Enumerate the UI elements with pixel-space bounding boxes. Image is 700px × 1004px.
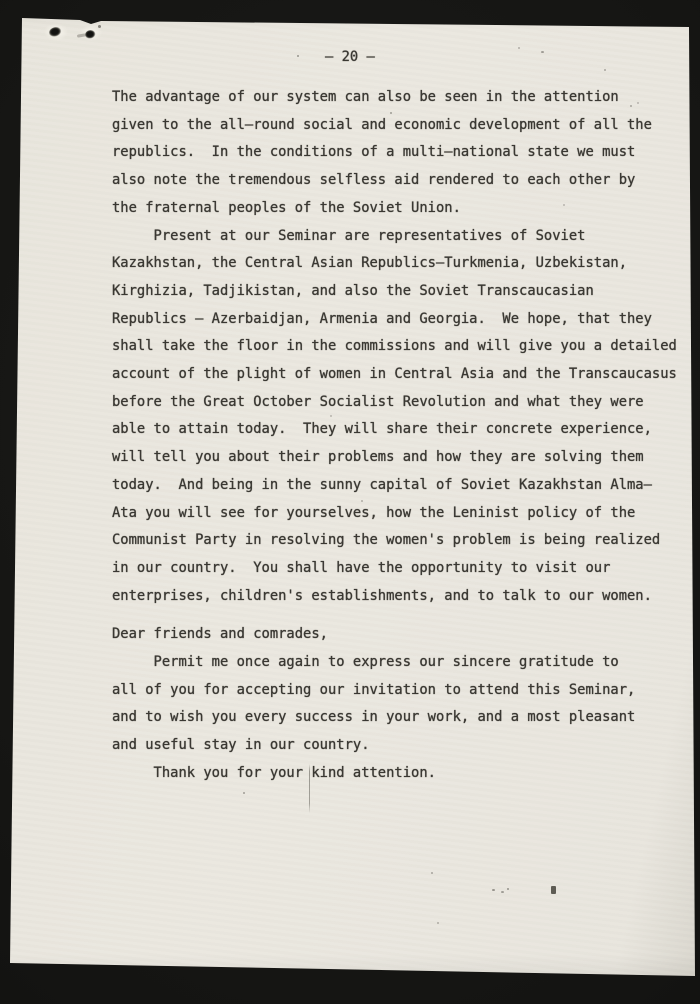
text-line: The advantage of our system can also be … <box>112 84 677 112</box>
text-line: all of you for accepting our invitation … <box>112 677 677 705</box>
ink-speck <box>501 891 504 893</box>
text-line: shall take the floor in the commissions … <box>112 333 677 361</box>
ink-speck <box>330 415 332 417</box>
paragraph-representatives: Present at our Seminar are representativ… <box>112 223 677 611</box>
ink-speck <box>637 102 639 104</box>
text-line: also note the tremendous selfless aid re… <box>112 167 677 195</box>
text-line: and useful stay in our country. <box>112 732 677 760</box>
text-line: Kirghizia, Tadjikistan, and also the Sov… <box>112 278 677 306</box>
ink-speck <box>604 69 606 71</box>
ink-speck <box>507 888 509 890</box>
paragraph-advantage: The advantage of our system can also be … <box>112 84 677 223</box>
text-line: able to attain today. They will share th… <box>112 416 677 444</box>
text-line: the fraternal peoples of the Soviet Unio… <box>112 195 677 223</box>
text-line: Communist Party in resolving the women's… <box>112 527 677 555</box>
ink-speck <box>630 105 632 107</box>
text-line: account of the plight of women in Centra… <box>112 361 677 389</box>
salutation-line: Dear friends and comrades, <box>112 621 677 649</box>
text-line: and to wish you every success in your wo… <box>112 704 677 732</box>
page-number: — 20 — <box>325 44 375 72</box>
text-line: before the Great October Socialist Revol… <box>112 389 677 417</box>
text-line: today. And being in the sunny capital of… <box>112 472 677 500</box>
ink-speck <box>437 922 439 924</box>
closing-line: Thank you for your kind attention. <box>112 760 677 788</box>
document-page: — 20 — The advantage of our system can a… <box>0 0 700 1004</box>
text-line: republics. In the conditions of a multi—… <box>112 139 677 167</box>
ink-speck <box>297 55 299 57</box>
ink-blot <box>551 886 556 894</box>
text-line: Dear friends and comrades, <box>112 621 677 649</box>
text-line: enterprises, children's establishments, … <box>112 583 677 611</box>
ink-speck <box>563 204 565 206</box>
ink-speck <box>541 51 544 53</box>
text-line: Republics — Azerbaidjan, Armenia and Geo… <box>112 306 677 334</box>
ink-speck <box>98 25 101 28</box>
ink-speck <box>361 500 363 502</box>
text-line: Thank you for your kind attention. <box>112 760 677 788</box>
text-line: Ata you will see for yourselves, how the… <box>112 500 677 528</box>
text-line: will tell you about their problems and h… <box>112 444 677 472</box>
body-text: The advantage of our system can also be … <box>112 84 677 788</box>
ink-speck <box>492 889 495 891</box>
text-line: Kazakhstan, the Central Asian Republics—… <box>112 250 677 278</box>
crease-line <box>309 764 310 813</box>
ink-speck <box>518 47 520 49</box>
text-line: Present at our Seminar are representativ… <box>112 223 677 251</box>
text-line: given to the all—round social and econom… <box>112 112 677 140</box>
text-line: Permit me once again to express our sinc… <box>112 649 677 677</box>
ink-speck <box>521 93 523 95</box>
ink-speck <box>243 792 245 794</box>
ink-speck <box>431 872 433 874</box>
text-line: in our country. You shall have the oppor… <box>112 555 677 583</box>
ink-speck <box>390 112 392 114</box>
paragraph-gratitude: Permit me once again to express our sinc… <box>112 649 677 760</box>
